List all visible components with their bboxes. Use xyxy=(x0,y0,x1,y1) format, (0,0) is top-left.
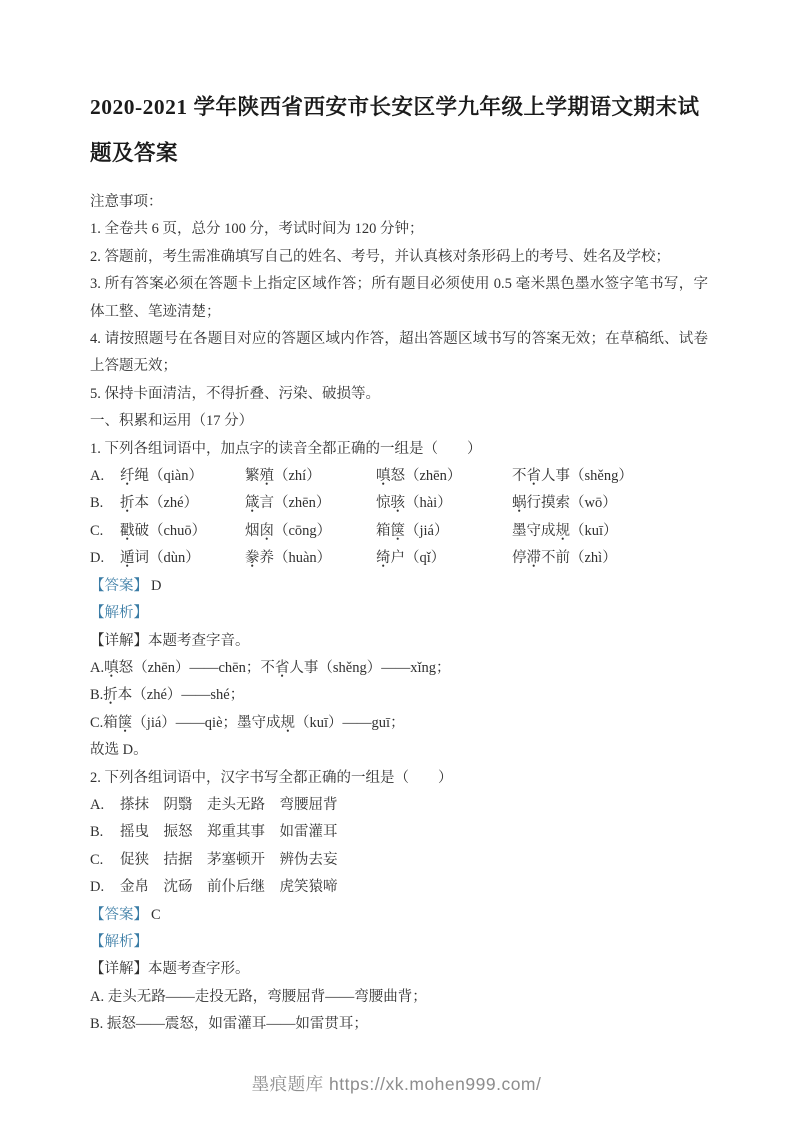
q2-explanation-line: 【详解】本题考查字形。 xyxy=(90,956,708,983)
q2-option-b: B. 摇曳 振怒 郑重其事 如雷灌耳 xyxy=(90,819,708,846)
q2-answer-line: 【答案】C xyxy=(90,902,708,929)
q2-option-a: A. 搽抹 阴翳 走头无路 弯腰屈背 xyxy=(90,792,708,819)
answer-value: C xyxy=(151,907,161,923)
option-label: D. xyxy=(90,545,120,572)
option-cell: 停滞不前（zhì） xyxy=(512,545,617,572)
option-label: D. xyxy=(90,874,120,901)
option-cell: 豢养（huàn） xyxy=(245,545,376,572)
option-cell: 绮户（qǐ） xyxy=(376,545,512,572)
question-2-stem: 2. 下列各组词语中，汉字书写全都正确的一组是（ ） xyxy=(90,765,708,792)
q1-answer-line: 【答案】D xyxy=(90,573,708,600)
option-cell: 箱箧（jiá） xyxy=(376,518,512,545)
answer-label: 【答案】 xyxy=(90,907,148,923)
q1-option-a: A. 纤绳（qiàn） 繁殖（zhí） 嗔怒（zhēn） 不省人事（shěng） xyxy=(90,463,708,490)
q2-option-c: C. 促狭 拮据 茅塞顿开 辨伪去妄 xyxy=(90,847,708,874)
notice-item-4: 4. 请按照题号在各题目对应的答题区域内作答，超出答题区域书写的答案无效；在草稿… xyxy=(90,326,708,381)
notice-item-3: 3. 所有答案必须在答题卡上指定区域作答；所有题目必须使用 0.5 毫米黑色墨水… xyxy=(90,271,708,326)
q1-analysis-label: 【解析】 xyxy=(90,600,708,627)
question-1-stem: 1. 下列各组词语中，加点字的读音全都正确的一组是（ ） xyxy=(90,436,708,463)
document-page: 2020-2021 学年陕西省西安市长安区学九年级上学期语文期末试题及答案 注意… xyxy=(0,0,793,1122)
option-text: 搽抹 阴翳 走头无路 弯腰屈背 xyxy=(120,792,338,819)
notice-item-1: 1. 全卷共 6 页，总分 100 分，考试时间为 120 分钟； xyxy=(90,216,708,243)
option-cell: 箴言（zhēn） xyxy=(245,490,376,517)
option-cell: 遁词（dùn） xyxy=(120,545,245,572)
option-cell: 烟囱（cōng） xyxy=(245,518,376,545)
footer-watermark: 墨痕题库 https://xk.mohen999.com/ xyxy=(0,1071,793,1096)
document-content: 2020-2021 学年陕西省西安市长安区学九年级上学期语文期末试题及答案 注意… xyxy=(90,84,708,1039)
section-heading: 一、积累和运用（17 分） xyxy=(90,408,708,435)
option-cell: 蜗行摸索（wō） xyxy=(512,490,617,517)
q2-analysis-label: 【解析】 xyxy=(90,929,708,956)
option-label: B. xyxy=(90,819,120,846)
notice-item-5: 5. 保持卡面清洁，不得折叠、污染、破损等。 xyxy=(90,381,708,408)
q1-explanation-line: B.折本（zhé）——shé； xyxy=(90,682,708,709)
option-cell: 嗔怒（zhēn） xyxy=(376,463,512,490)
answer-value: D xyxy=(151,578,161,594)
q1-explanation-line: 故选 D。 xyxy=(90,737,708,764)
answer-label: 【答案】 xyxy=(90,578,148,594)
q1-explanation-line: 【详解】本题考查字音。 xyxy=(90,628,708,655)
option-cell: 繁殖（zhí） xyxy=(245,463,376,490)
option-cell: 纤绳（qiàn） xyxy=(120,463,245,490)
option-cell: 折本（zhé） xyxy=(120,490,245,517)
option-label: C. xyxy=(90,847,120,874)
option-cell: 不省人事（shěng） xyxy=(512,463,633,490)
notice-heading: 注意事项： xyxy=(90,189,708,216)
option-text: 金帛 沈砀 前仆后继 虎笑猿啼 xyxy=(120,874,338,901)
notice-item-2: 2. 答题前，考生需准确填写自己的姓名、考号，并认真核对条形码上的考号、姓名及学… xyxy=(90,244,708,271)
option-label: C. xyxy=(90,518,120,545)
option-text: 促狭 拮据 茅塞顿开 辨伪去妄 xyxy=(120,847,338,874)
q1-explanation-line: A.嗔怒（zhēn）——chēn；不省人事（shěng）——xǐng； xyxy=(90,655,708,682)
option-cell: 墨守成规（kuī） xyxy=(512,518,618,545)
q1-option-d: D. 遁词（dùn） 豢养（huàn） 绮户（qǐ） 停滞不前（zhì） xyxy=(90,545,708,572)
page-title: 2020-2021 学年陕西省西安市长安区学九年级上学期语文期末试题及答案 xyxy=(90,84,708,176)
option-label: A. xyxy=(90,792,120,819)
q1-option-c: C. 戳破（chuō） 烟囱（cōng） 箱箧（jiá） 墨守成规（kuī） xyxy=(90,518,708,545)
q1-option-b: B. 折本（zhé） 箴言（zhēn） 惊骇（hài） 蜗行摸索（wō） xyxy=(90,490,708,517)
option-cell: 戳破（chuō） xyxy=(120,518,245,545)
q2-explanation-line: B. 振怒——震怒，如雷灌耳——如雷贯耳； xyxy=(90,1011,708,1038)
q1-explanation-line: C.箱箧（jiá）——qiè；墨守成规（kuī）——guī； xyxy=(90,710,708,737)
q2-explanation-line: A. 走头无路——走投无路，弯腰屈背——弯腰曲背； xyxy=(90,984,708,1011)
option-text: 摇曳 振怒 郑重其事 如雷灌耳 xyxy=(120,819,338,846)
q2-option-d: D. 金帛 沈砀 前仆后继 虎笑猿啼 xyxy=(90,874,708,901)
option-label: B. xyxy=(90,490,120,517)
option-cell: 惊骇（hài） xyxy=(376,490,512,517)
option-label: A. xyxy=(90,463,120,490)
